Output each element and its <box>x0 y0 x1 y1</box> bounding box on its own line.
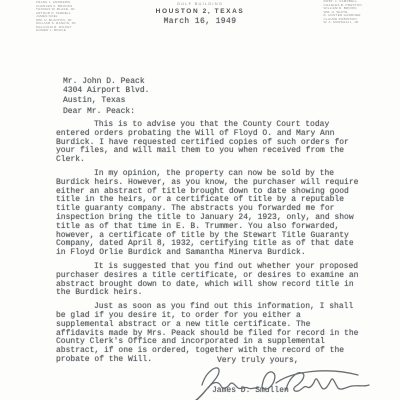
letterhead-center: GULF BUILDING HOUSTON 2, TEXAS March 16,… <box>0 1 400 27</box>
recipient-address-block: Mr. John D. Peack 4304 Airport Blvd. Aus… <box>63 77 149 105</box>
typed-signature-name: James D. Smullen <box>212 387 289 396</box>
paragraph-4: Just as soon as you find out this inform… <box>56 303 359 365</box>
recipient-city: Austin, Texas <box>63 96 149 105</box>
letterhead-name-line: HOMER L. BRUCE <box>36 29 77 33</box>
letter-body: This is to advise you that the County Co… <box>56 121 359 370</box>
letterhead-city: HOUSTON 2, TEXAS <box>0 8 400 15</box>
salutation: Dear Mr. Peack: <box>63 108 135 117</box>
paragraph-1: This is to advise you that the County Co… <box>56 121 359 165</box>
scanned-letter-page: FRANK L. ANDREWS CHARLES A. BROOKS THOMA… <box>0 0 400 400</box>
paragraph-2: In my opinion, the property can now be s… <box>56 170 359 258</box>
letter-date: March 16, 1949 <box>0 18 400 27</box>
letterhead-building: GULF BUILDING <box>0 1 400 6</box>
recipient-name: Mr. John D. Peack <box>63 77 149 86</box>
recipient-street: 4304 Airport Blvd. <box>63 86 149 95</box>
paragraph-3: It is suggested that you find out whethe… <box>56 263 359 298</box>
